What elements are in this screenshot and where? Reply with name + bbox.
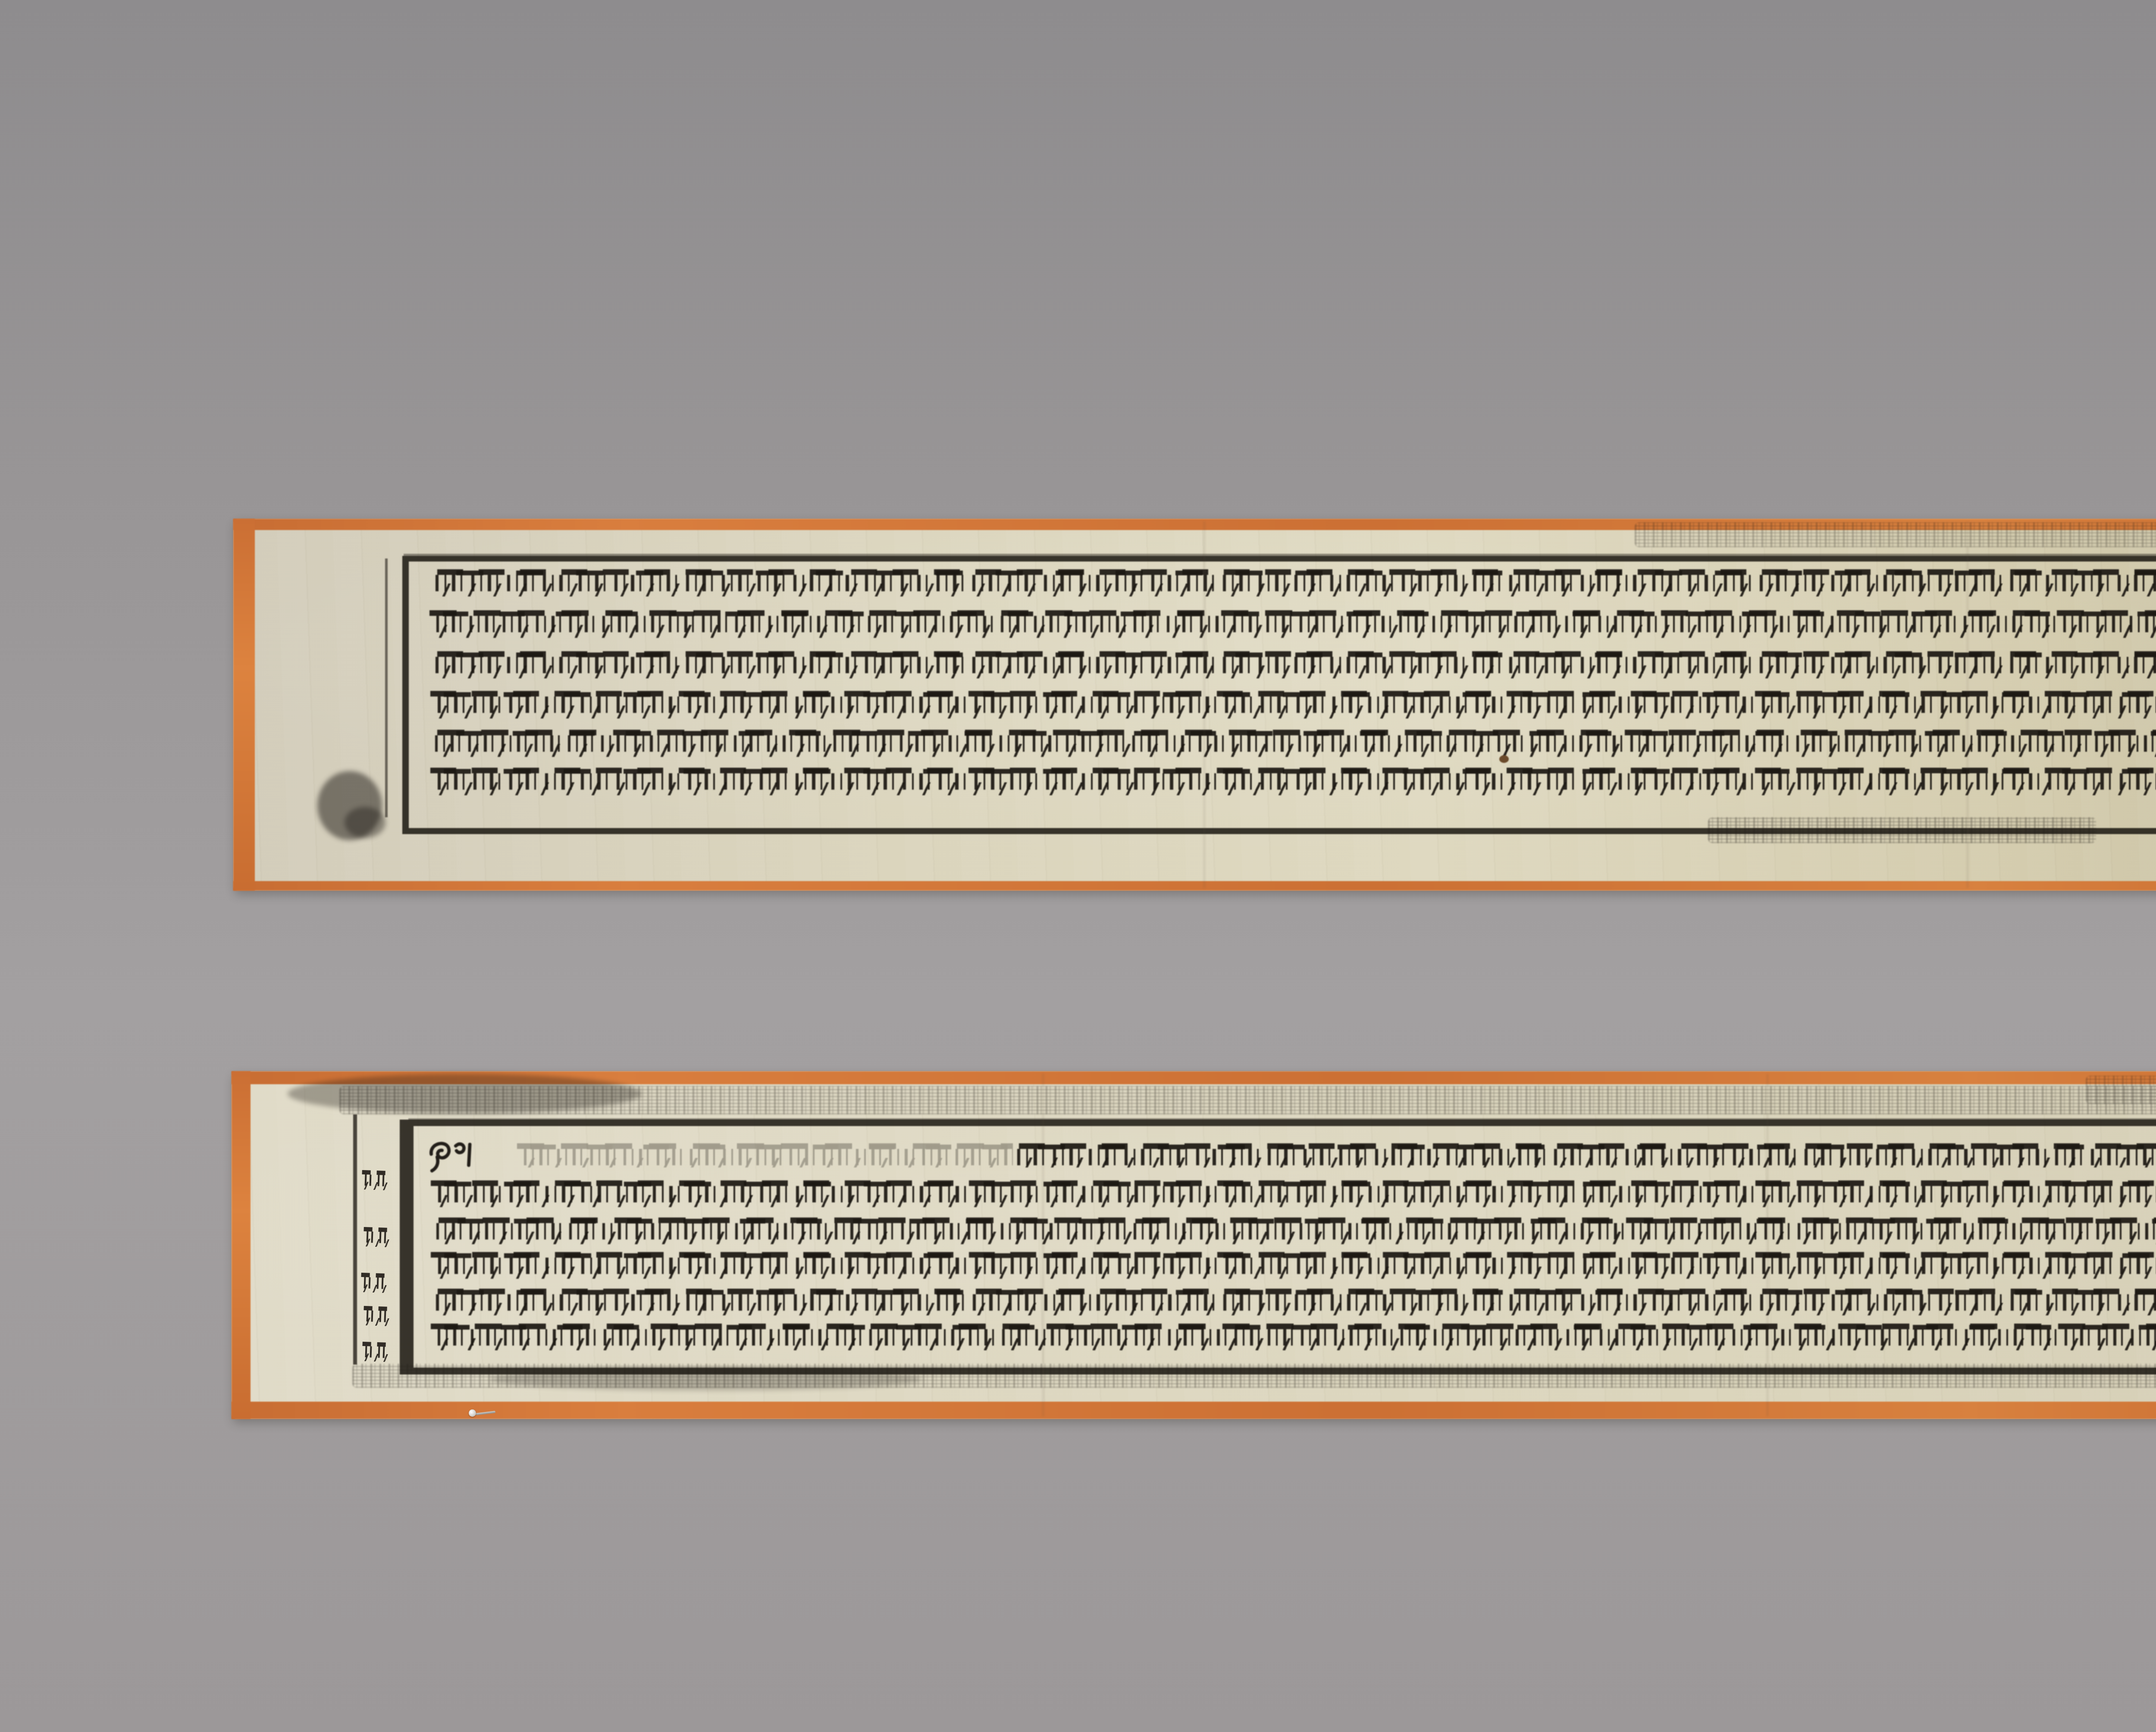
printed-text-frame [402,556,2156,834]
paper-crease [1203,521,1205,888]
ink-speckle-band [2086,1076,2156,1104]
margin-folio-glyphs [361,1170,388,1191]
orange-edge-bottom [232,1402,2156,1419]
ink-blotch [288,1074,641,1114]
outer-left-rule [353,1114,357,1365]
outer-left-rule [385,559,388,817]
pecha-leaf-upper [233,519,2156,891]
margin-folio-glyphs [360,1273,387,1293]
orange-edge-left [232,1071,251,1419]
ink-smudge-patch [1708,817,2096,843]
pecha-leaf-lower [232,1071,2156,1419]
text-line [431,730,2156,757]
paper-crease [1767,1074,1768,1416]
text-line [431,569,2156,597]
paper-crease [1042,1074,1044,1416]
paper-crease [1967,521,1968,888]
text-line [431,651,2156,679]
brown-fleck [1499,755,1509,763]
text-line [431,1324,2156,1350]
yig-mgo-opening-mark [425,1136,476,1173]
text-line-faint [517,1143,1013,1167]
text-line [429,610,2156,638]
text-line [431,1252,2156,1279]
ink-blotch [345,807,385,838]
printed-text-frame [400,1120,2156,1374]
photo-backdrop [0,0,2156,1732]
orange-edge-left [233,519,255,891]
ink-speckle-band [1635,522,2156,547]
text-line [1013,1143,2156,1167]
margin-folio-glyphs [363,1227,390,1248]
text-line [431,1180,2156,1207]
text-line [430,768,2156,795]
orange-edge-bottom [233,881,2156,891]
text-line [432,1217,2156,1244]
metal-pin-head [469,1409,476,1417]
margin-folio-glyphs [362,1342,389,1362]
text-line [432,1289,2156,1315]
text-line [430,691,2156,719]
margin-folio-glyphs [363,1306,390,1327]
